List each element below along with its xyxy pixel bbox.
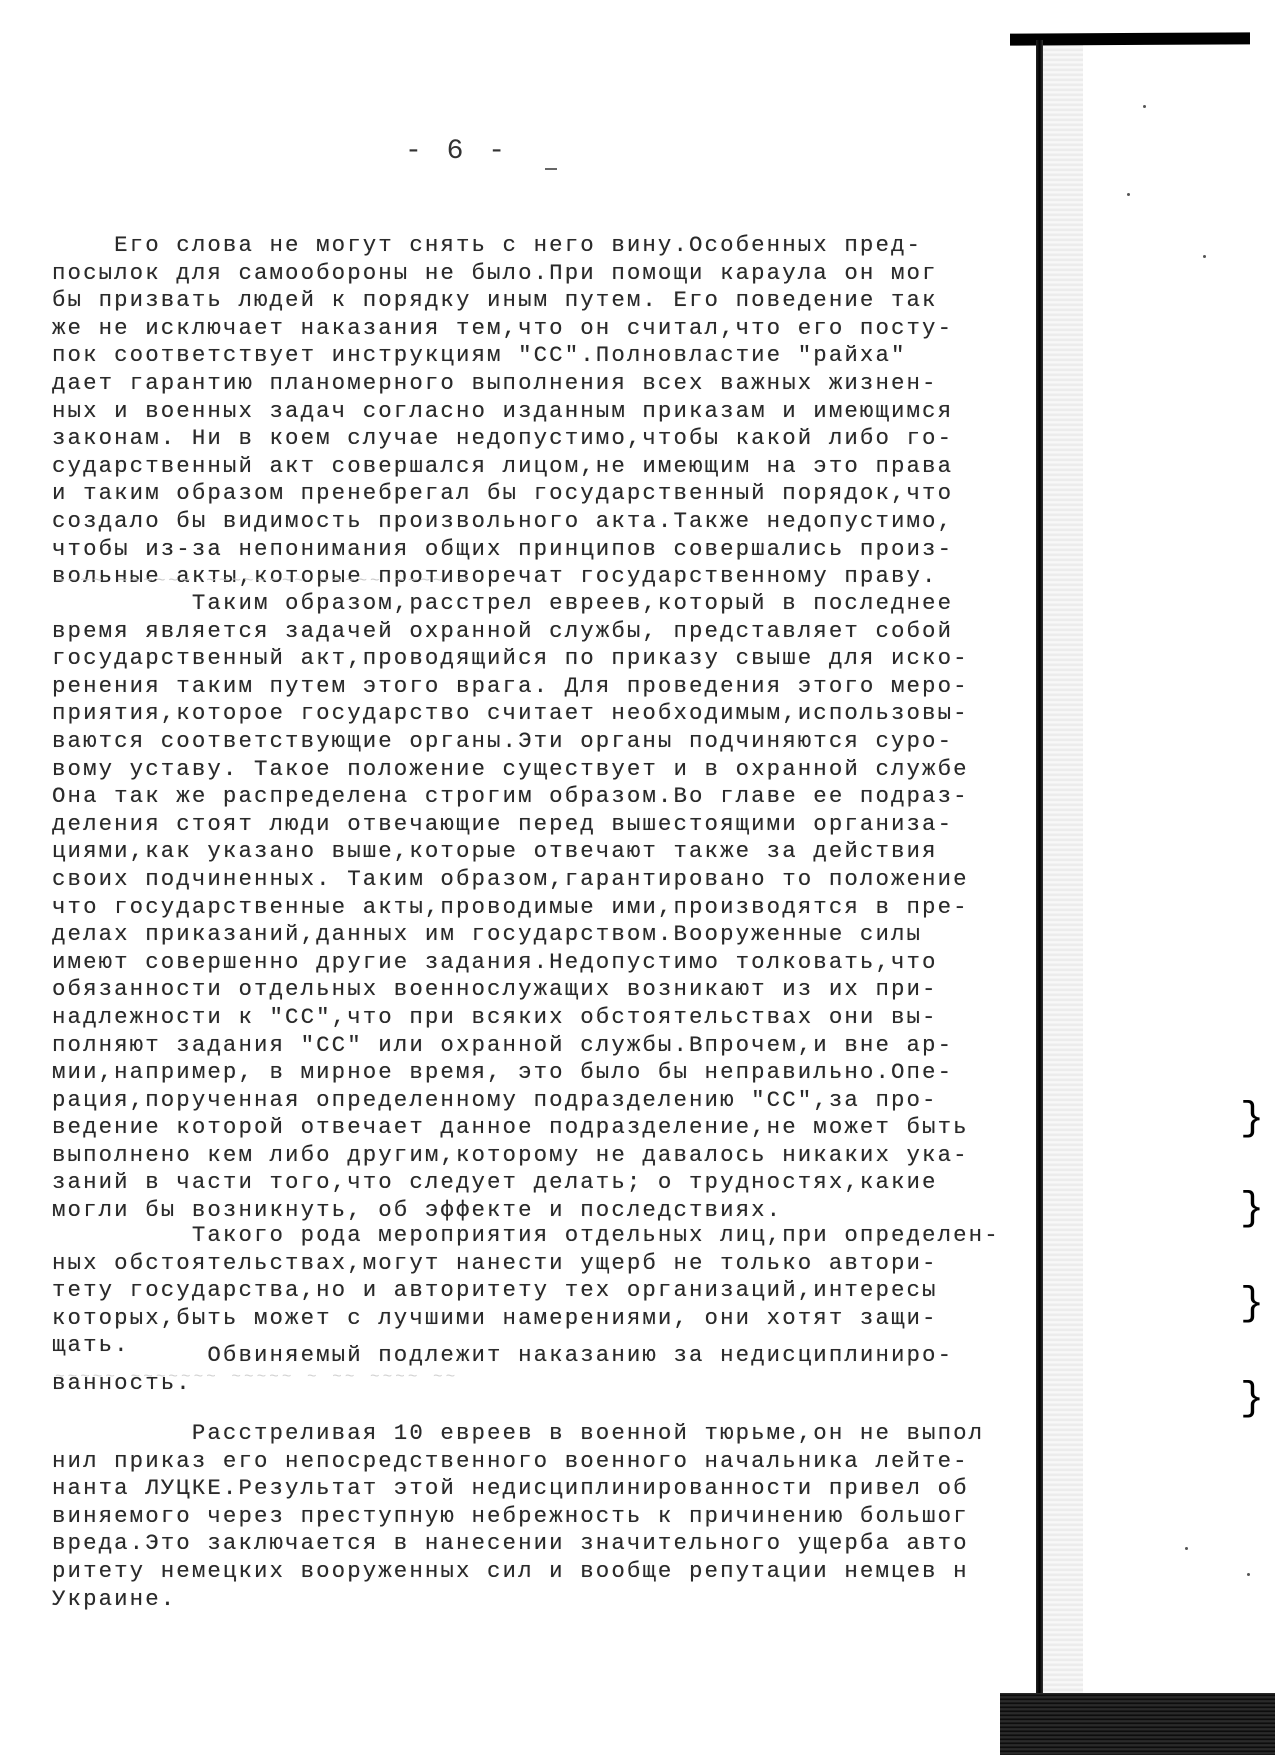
text-line: тету государства,но и авторитету тех орг…: [52, 1277, 1037, 1305]
text-line: Она так же распределена строгим образом.…: [52, 783, 1037, 811]
text-line: Обвиняемый подлежит наказанию за недисци…: [52, 1342, 1037, 1370]
scan-speck: [1247, 1573, 1250, 1576]
text-line: своих подчиненных. Таким образом,гаранти…: [52, 866, 1037, 894]
text-line: ведение которой отвечает данное подразде…: [52, 1114, 1037, 1142]
text-line: обязанности отдельных военнослужащих воз…: [52, 976, 1037, 1004]
fold-shadow: [1043, 40, 1083, 1700]
bleed-through-text: ~~~~ ~~~~~~ ~~~~~~~~ ~~~~~ ~~~~ ~: [55, 572, 471, 590]
scan-speck: [1203, 255, 1206, 258]
text-line: полняют задания "СС" или охранной службы…: [52, 1032, 1037, 1060]
text-line: ритету немецких вооруженных сил и вообще…: [52, 1558, 1037, 1586]
text-line: чтобы из-за непонимания общих принципов …: [52, 536, 1037, 564]
page-fold-line: [1036, 40, 1043, 1700]
paragraph-1: Его слова не могут снять с него вину.Осо…: [52, 232, 1037, 591]
scan-speck: [1127, 193, 1130, 196]
scan-edge-bottom: [1000, 1693, 1275, 1755]
margin-bracket-mark: }: [1240, 1285, 1254, 1325]
text-line: нанта ЛУЦКЕ.Результат этой недисциплинир…: [52, 1475, 1037, 1503]
text-line: выполнено кем либо другим,которому не да…: [52, 1142, 1037, 1170]
text-line: имеют совершенно другие задания.Недопуст…: [52, 949, 1037, 977]
text-line: циями,как указано выше,которые отвечают …: [52, 838, 1037, 866]
text-line: Таким образом,расстрел евреев,который в …: [52, 590, 1037, 618]
text-line: которых,быть может с лучшими намерениями…: [52, 1305, 1037, 1333]
paragraph-3: Такого рода мероприятия отдельных лиц,пр…: [52, 1222, 1037, 1360]
text-line: ных и военных задач согласно изданным пр…: [52, 398, 1037, 426]
text-line: виняемого через преступную небрежность к…: [52, 1503, 1037, 1531]
text-line: создало бы видимость произвольного акта.…: [52, 508, 1037, 536]
margin-bracket-mark: }: [1240, 1190, 1254, 1230]
text-line: мии,например, в мирное время, это было б…: [52, 1059, 1037, 1087]
scan-speck: [1185, 1547, 1188, 1550]
text-line: делах приказаний,данных им государством.…: [52, 921, 1037, 949]
text-line: Расстреливая 10 евреев в военной тюрьме,…: [52, 1420, 1037, 1448]
scan-speck: [1143, 105, 1146, 108]
bleed-through-text-2: ~~~~~ ~~~~~~~ ~~~~~ ~ ~~ ~~~~ ~~: [55, 1368, 458, 1386]
text-line: надлежности к "СС",что при всяких обстоя…: [52, 1004, 1037, 1032]
text-line: деления стоят люди отвечающие перед выше…: [52, 811, 1037, 839]
text-line: же не исключает наказания тем,что он счи…: [52, 315, 1037, 343]
margin-bracket-mark: }: [1240, 1380, 1254, 1420]
margin-bracket-mark: }: [1240, 1100, 1254, 1140]
text-line: могли бы возникнуть, об эффекте и послед…: [52, 1197, 1037, 1225]
text-line: время является задачей охранной службы, …: [52, 618, 1037, 646]
text-line: государственный акт,проводящийся по прик…: [52, 645, 1037, 673]
text-line: бы призвать людей к порядку иным путем. …: [52, 287, 1037, 315]
text-line: вому уставу. Такое положение существует …: [52, 756, 1037, 784]
text-line: Такого рода мероприятия отдельных лиц,пр…: [52, 1222, 1037, 1250]
text-line: Его слова не могут снять с него вину.Осо…: [52, 232, 1037, 260]
text-line: приятия,которое государство считает необ…: [52, 700, 1037, 728]
paragraph-5: Расстреливая 10 евреев в военной тюрьме,…: [52, 1420, 1037, 1613]
text-line: нил приказ его непосредственного военног…: [52, 1448, 1037, 1476]
text-line: что государственные акты,проводимые ими,…: [52, 894, 1037, 922]
text-line: дает гарантию планомерного выполнения вс…: [52, 370, 1037, 398]
text-line: и таким образом пренебрегал бы государст…: [52, 480, 1037, 508]
paragraph-2: Таким образом,расстрел евреев,который в …: [52, 590, 1037, 1225]
text-line: пок соответствует инструкциям "СС".Полно…: [52, 342, 1037, 370]
decorative-dash: [545, 168, 557, 170]
text-line: вреда.Это заключается в нанесении значит…: [52, 1530, 1037, 1558]
text-line: рация,порученная определенному подраздел…: [52, 1087, 1037, 1115]
text-line: посылок для самообороны не было.При помо…: [52, 260, 1037, 288]
text-line: ваются соответствующие органы.Эти органы…: [52, 728, 1037, 756]
text-line: законам. Ни в коем случае недопустимо,чт…: [52, 425, 1037, 453]
text-line: ных обстоятельствах,могут нанести ущерб …: [52, 1250, 1037, 1278]
text-line: Украине.: [52, 1586, 1037, 1614]
page-number: - 6 -: [405, 136, 509, 167]
text-line: заний в части того,что следует делать; о…: [52, 1169, 1037, 1197]
text-line: сударственный акт совершался лицом,не им…: [52, 453, 1037, 481]
text-line: ренения таким путем этого врага. Для про…: [52, 673, 1037, 701]
